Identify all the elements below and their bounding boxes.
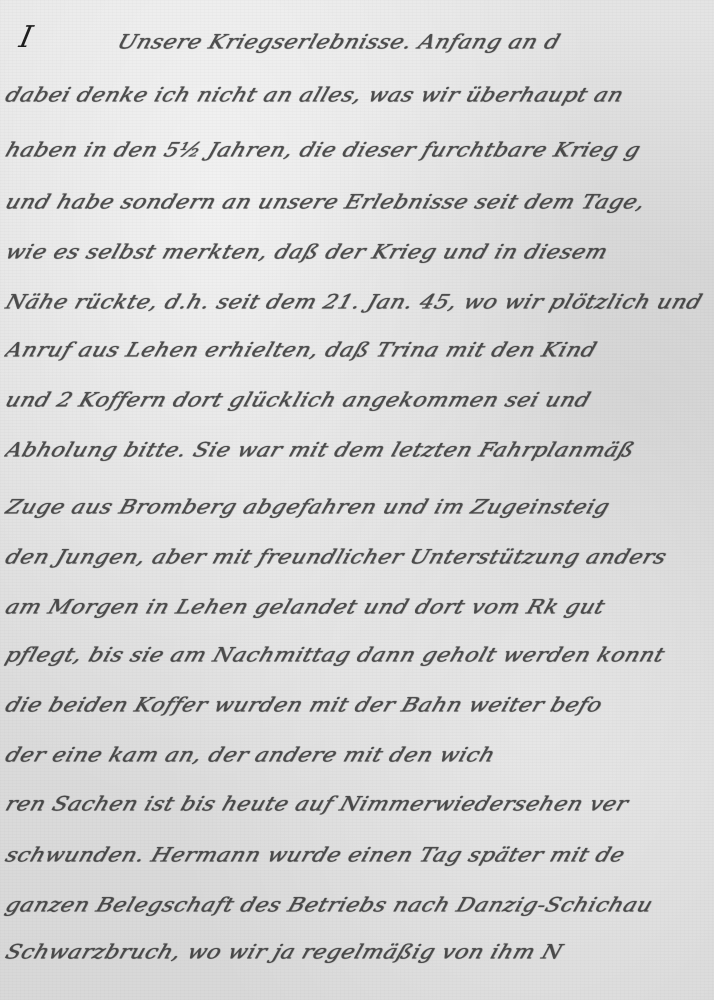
handwritten-line: schwunden. Hermann wurde einen Tag späte…: [2, 844, 714, 867]
handwritten-line: ren Sachen ist bis heute auf Nimmerwiede…: [2, 793, 714, 816]
handwritten-line: Zuge aus Bromberg abgefahren und im Zuge…: [2, 496, 714, 519]
handwritten-line: und habe sondern an unsere Erlebnisse se…: [2, 191, 714, 214]
handwritten-line: Anruf aus Lehen erhielten, daß Trina mit…: [2, 339, 714, 362]
handwritten-line: pflegt, bis sie am Nachmittag dann gehol…: [2, 644, 714, 667]
scanned-letter-page: I Unsere Kriegserlebnisse. Anfang an d d…: [0, 0, 714, 1000]
handwritten-line: Unsere Kriegserlebnisse. Anfang an d: [114, 31, 714, 54]
handwritten-line: wie es selbst merkten, daß der Krieg und…: [2, 241, 714, 264]
handwritten-line: Abholung bitte. Sie war mit dem letzten …: [2, 439, 714, 462]
handwritten-line: Nähe rückte, d.h. seit dem 21. Jan. 45, …: [2, 291, 714, 314]
handwritten-line: Schwarzbruch, wo wir ja regelmäßig von i…: [2, 941, 714, 964]
chapter-numeral: I: [16, 20, 35, 55]
handwritten-line: dabei denke ich nicht an alles, was wir …: [2, 84, 714, 107]
handwritten-line: haben in den 5½ Jahren, die dieser furch…: [2, 139, 714, 162]
handwritten-line: den Jungen, aber mit freundlicher Unters…: [2, 546, 714, 569]
handwritten-line: die beiden Koffer wurden mit der Bahn we…: [2, 694, 714, 717]
handwritten-line: und 2 Koffern dort glücklich angekommen …: [2, 389, 714, 412]
handwritten-line: ganzen Belegschaft des Betriebs nach Dan…: [2, 894, 714, 917]
handwritten-line: der eine kam an, der andere mit den wich: [2, 744, 714, 767]
handwritten-line: am Morgen in Lehen gelandet und dort vom…: [2, 596, 714, 619]
